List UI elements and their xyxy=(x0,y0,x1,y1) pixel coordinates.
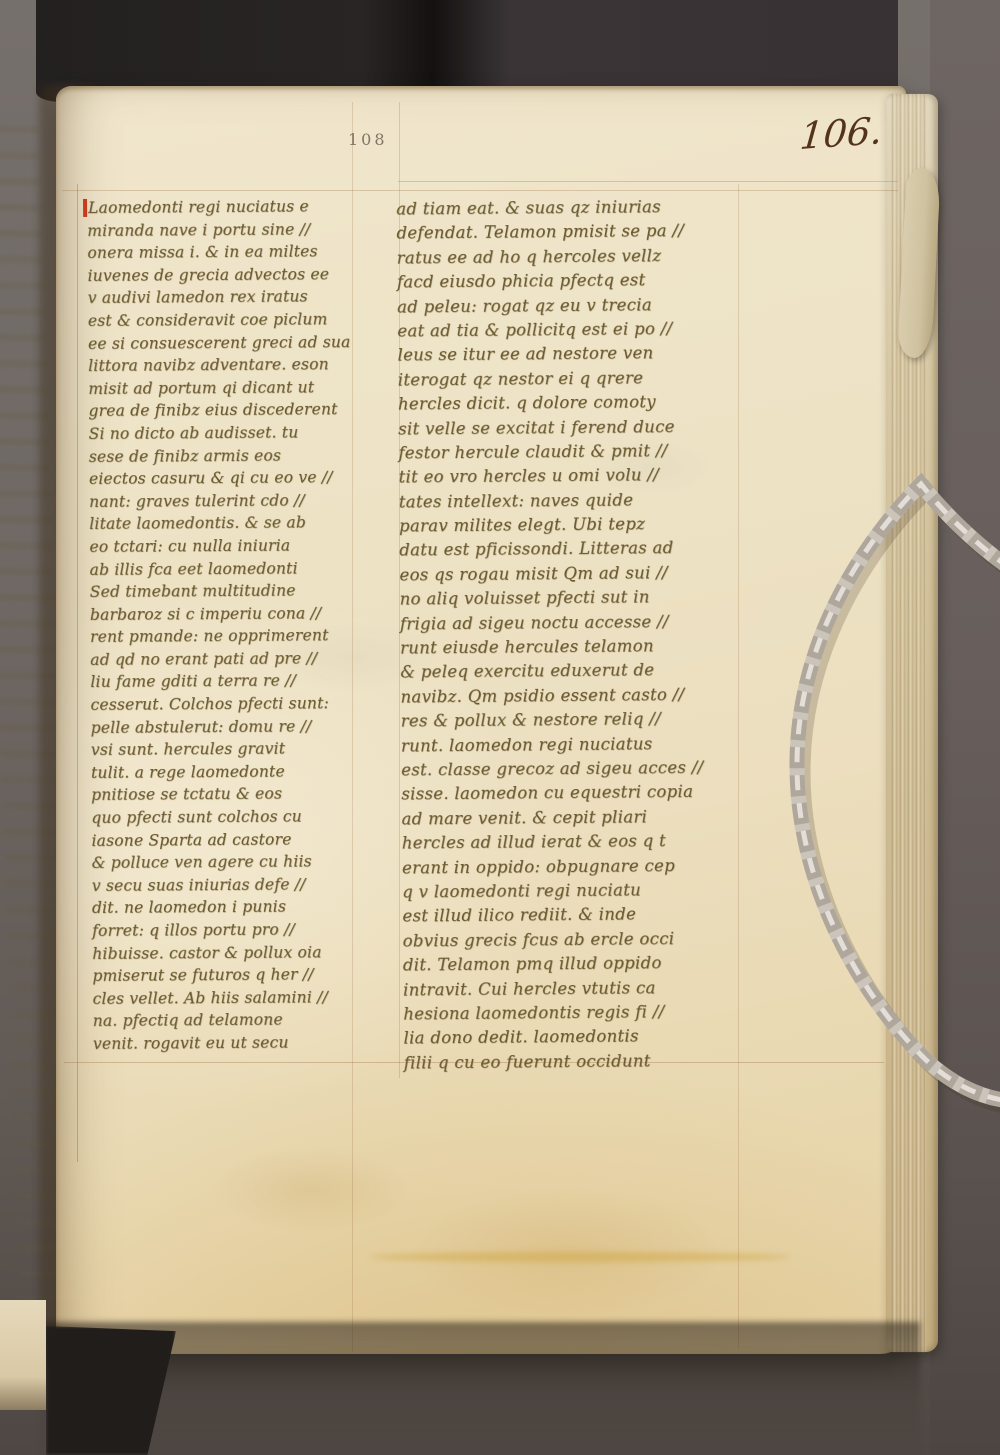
table-background xyxy=(930,0,1000,1455)
manuscript-text-line: pelle abstulerut: domu re // xyxy=(91,715,361,739)
manuscript-text-line: dit. Telamon pmq illud oppido xyxy=(403,951,751,978)
edge-stain xyxy=(370,1252,790,1262)
manuscript-text-line: sit velle se excitat i ferend duce xyxy=(398,414,746,441)
manuscript-text-line: tit eo vro hercles u omi volu // xyxy=(399,463,747,490)
manuscript-text-line: frigia ad sigeu noctu accesse // xyxy=(400,609,748,636)
rubricated-initial: L xyxy=(83,199,99,217)
manuscript-text-line: rent pmande: ne opprimerent xyxy=(90,624,360,648)
manuscript-text-line: est. classe grecoz ad sigeu acces // xyxy=(401,755,749,782)
manuscript-text-line: ee si consuescerent greci ad sua xyxy=(88,331,358,355)
manuscript-text-line: Sed timebant multitudine xyxy=(90,579,360,603)
manuscript-text-line: iuvenes de grecia advectos ee xyxy=(87,263,357,287)
manuscript-text-line: iasone Sparta ad castore xyxy=(91,828,361,852)
manuscript-text-line: facd eiusdo phicia pfectq est xyxy=(397,268,745,295)
manuscript-text-line: obvius grecis fcus ab ercle occi xyxy=(403,926,751,953)
manuscript-text-line: ad qd no erant pati ad pre // xyxy=(90,647,360,671)
manuscript-text-line: iterogat qz nestor ei q qrere xyxy=(398,365,746,392)
manuscript-text-line: liu fame gditi a terra re // xyxy=(90,670,360,694)
manuscript-text-line: littora navibz adventare. eson xyxy=(88,353,358,377)
manuscript-text-line: sisse. laomedon cu equestri copia xyxy=(401,780,749,807)
manuscript-text-line: parav milites elegt. Ubi tepz xyxy=(399,512,747,539)
manuscript-text-line: tulit. a rege laomedonte xyxy=(91,760,361,784)
manuscript-text-line: tates intellext: naves quide xyxy=(399,487,747,514)
manuscript-text-line: filii q cu eo fuerunt occidunt xyxy=(404,1048,752,1075)
manuscript-text-line: leus se itur ee ad nestore ven xyxy=(397,341,745,368)
manuscript-text-line: barbaroz si c imperiu cona // xyxy=(90,602,360,626)
manuscript-text-line: dit. ne laomedon i punis xyxy=(92,895,362,919)
manuscript-text-line: q v laomedonti regi nuciatu xyxy=(402,877,750,904)
manuscript-text-line: cles vellet. Ab hiis salamini // xyxy=(93,986,363,1010)
manuscript-text-line: nant: graves tulerint cdo // xyxy=(89,489,359,513)
manuscript-text-line: erant in oppido: obpugnare cep xyxy=(402,853,750,880)
manuscript-text-line: vsi sunt. hercules gravit xyxy=(91,737,361,761)
manuscript-text-line: navibz. Qm psidio essent casto // xyxy=(400,682,748,709)
manuscript-text-line: v audivi lamedon rex iratus xyxy=(88,285,358,309)
manuscript-text-line: & polluce ven agere cu hiis xyxy=(92,850,362,874)
manuscript-text-line: onera missa i. & in ea miltes xyxy=(87,240,357,264)
text-column-2: ad tiam eat. & suas qz iniuriasdefendat.… xyxy=(396,194,752,1075)
manuscript-text-line: Laomedonti regi nuciatus e xyxy=(87,195,357,219)
manuscript-text-line: hercles dicit. q dolore comoty xyxy=(398,390,746,417)
manuscript-text-line: na. pfectiq ad telamone xyxy=(93,1008,363,1032)
manuscript-text-line: eat ad tia & pollicitq est ei po // xyxy=(397,316,745,343)
manuscript-text-line: datu est pficissondi. Litteras ad xyxy=(399,536,747,563)
manuscript-text-line: est illud ilico rediit. & inde xyxy=(402,902,750,929)
manuscript-text-line: hesiona laomedontis regis fi // xyxy=(403,999,751,1026)
manuscript-text-line: forret: q illos portu pro // xyxy=(92,918,362,942)
manuscript-text-line: ad mare venit. & cepit pliari xyxy=(401,804,749,831)
manuscript-text-line: runt. laomedon regi nuciatus xyxy=(401,731,749,758)
manuscript-text-line: & peleq exercitu eduxerut de xyxy=(400,658,748,685)
manuscript-text-line: runt eiusde hercules telamon xyxy=(400,634,748,661)
manuscript-text-line: ad peleu: rogat qz eu v trecia xyxy=(397,292,745,319)
manuscript-text-line: Si no dicto ab audisset. tu xyxy=(89,421,359,445)
manuscript-text-line: ratus ee ad ho q hercoles vellz xyxy=(397,243,745,270)
manuscript-text-line: intravit. Cui hercles vtutis ca xyxy=(403,975,751,1002)
manuscript-text-line: eiectos casuru & qi cu eo ve // xyxy=(89,466,359,490)
manuscript-text-line: venit. rogavit eu ut secu xyxy=(93,1031,363,1055)
manuscript-text-line: eos qs rogau misit Qm ad sui // xyxy=(399,560,747,587)
text-column-1: Laomedonti regi nuciatus emiranda nave i… xyxy=(87,195,363,1055)
manuscript-text-line: festor hercule claudit & pmit // xyxy=(398,438,746,465)
manuscript-text-line: res & pollux & nestore reliq // xyxy=(401,707,749,734)
manuscript-text-line: eo tctari: cu nulla iniuria xyxy=(89,534,359,558)
manuscript-text-line: quo pfecti sunt colchos cu xyxy=(91,805,361,829)
manuscript-text-line: hercles ad illud ierat & eos q t xyxy=(402,829,750,856)
manuscript-text-line: misit ad portum qi dicant ut xyxy=(88,376,358,400)
manuscript-text-line: sese de finibz armis eos xyxy=(89,444,359,468)
ruling-line-vertical-left xyxy=(77,184,78,1162)
folio-number-ink: 106. xyxy=(798,109,884,158)
manuscript-text-line: est & consideravit coe piclum xyxy=(88,308,358,332)
manuscript-text-line: v secu suas iniurias defe // xyxy=(92,873,362,897)
manuscript-text-line: miranda nave i portu sine // xyxy=(87,218,357,242)
manuscript-text-line: ad tiam eat. & suas qz iniurias xyxy=(396,194,744,221)
ruling-line-horizontal-blue xyxy=(398,181,898,182)
manuscript-text-line: cesserut. Colchos pfecti sunt: xyxy=(90,692,360,716)
manuscript-photo: 108 106. Laomedonti regi nuciatus emiran… xyxy=(0,0,1000,1455)
manuscript-text-line: grea de finibz eius discederent xyxy=(88,398,358,422)
ruling-line-horizontal-top xyxy=(62,190,898,191)
manuscript-text-line: no aliq voluisset pfecti sut in xyxy=(400,585,748,612)
manuscript-text-line: litate laomedontis. & se ab xyxy=(89,511,359,535)
manuscript-text-line: pmiserut se futuros q her // xyxy=(92,963,362,987)
manuscript-text-line: hibuisse. castor & pollux oia xyxy=(92,941,362,965)
manuscript-text-line: ab illis fca eet laomedonti xyxy=(90,557,360,581)
manuscript-text-line: lia dono dedit. laomedontis xyxy=(403,1024,751,1051)
folio-number-pencil: 108 xyxy=(348,130,388,149)
manuscript-text-line: defendat. Telamon pmisit se pa // xyxy=(396,219,744,246)
manuscript-text-line: pnitiose se tctatu & eos xyxy=(91,782,361,806)
left-page-bottom-edge xyxy=(0,1300,46,1410)
